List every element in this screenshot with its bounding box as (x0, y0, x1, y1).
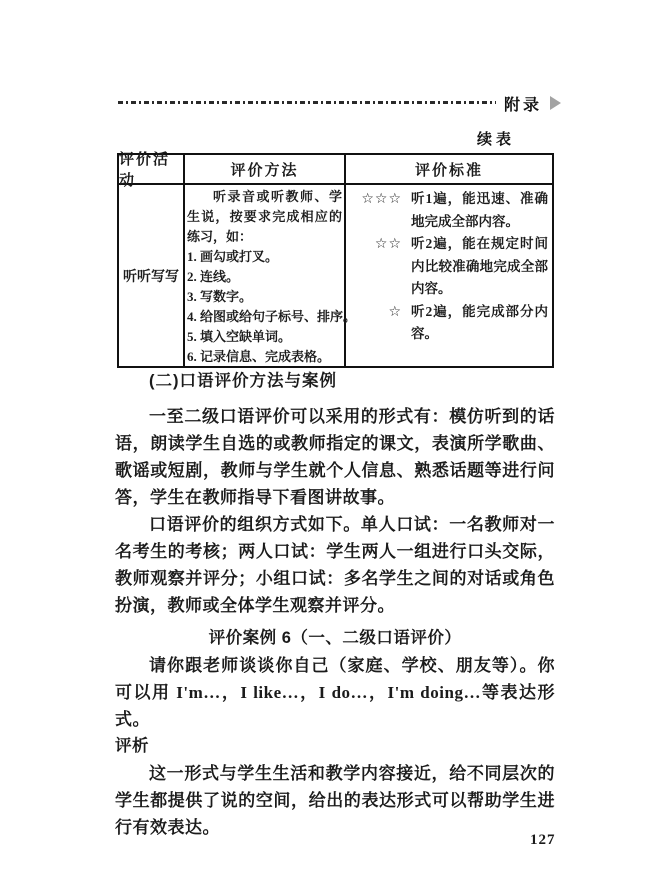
paragraph-oral-organization: 口语评价的组织方式如下。单人口试：一名教师对一名考生的考核；两人口试：学生两人一… (115, 511, 555, 619)
analysis-text: 这一形式与学生生活和教学内容接近，给不同层次的学生都提供了说的空间，给出的表达形… (115, 760, 555, 841)
evaluation-table: 评价活动 评价方法 评价标准 听听写写 听录音或听教师、学生说，按要求完成相应的… (117, 153, 554, 368)
running-head-appendix-label: 附录 (504, 92, 542, 115)
standard-item: ☆☆☆ 听1遍，能迅速、准确地完成全部内容。 (346, 188, 548, 233)
table-row: 听听写写 听录音或听教师、学生说，按要求完成相应的练习，如： 1. 画勾或打叉。… (119, 185, 552, 366)
method-item: 4. 给图或给句子标号、排序。 (187, 307, 342, 327)
scanned-document-page: 附录 续表 评价活动 评价方法 评价标准 听听写写 听录音或听教师、学生说，按要… (0, 0, 668, 891)
column-header-method: 评价方法 (185, 155, 346, 183)
star-rating-icon: ☆☆ (346, 233, 402, 301)
table-header-row: 评价活动 评价方法 评价标准 (119, 155, 552, 185)
activity-cell: 听听写写 (119, 185, 185, 366)
method-item: 1. 画勾或打叉。 (187, 247, 342, 267)
body-text-column: (二)口语评价方法与案例 一至二级口语评价可以采用的形式有：模仿听到的话语，朗读… (115, 368, 555, 841)
case-heading: 评价案例 6（一、二级口语评价） (115, 625, 555, 652)
paragraph-oral-forms: 一至二级口语评价可以采用的形式有：模仿听到的话语，朗读学生自选的或教师指定的课文… (115, 403, 555, 511)
standard-text: 听2遍，能完成部分内容。 (402, 301, 548, 346)
method-item: 3. 写数字。 (187, 287, 342, 307)
standard-text: 听1遍，能迅速、准确地完成全部内容。 (402, 188, 548, 233)
case-text: 请你跟老师谈谈你自己（家庭、学校、朋友等）。你可以用 I'm…，I like…，… (115, 652, 555, 733)
page-number: 127 (530, 832, 556, 849)
star-rating-icon: ☆☆☆ (346, 188, 402, 233)
standard-text: 听2遍，能在规定时间内比较准确地完成全部内容。 (402, 233, 548, 301)
standard-item: ☆☆ 听2遍，能在规定时间内比较准确地完成全部内容。 (346, 233, 548, 301)
standards-cell: ☆☆☆ 听1遍，能迅速、准确地完成全部内容。 ☆☆ 听2遍，能在规定时间内比较准… (346, 185, 552, 366)
method-item: 5. 填入空缺单词。 (187, 327, 342, 347)
continued-table-label: 续表 (477, 128, 515, 149)
right-triangle-icon (550, 96, 561, 110)
method-cell: 听录音或听教师、学生说，按要求完成相应的练习，如： 1. 画勾或打叉。 2. 连… (185, 185, 346, 366)
method-item: 2. 连线。 (187, 267, 342, 287)
analysis-label: 评析 (115, 733, 555, 760)
header-dotted-rule (118, 101, 496, 104)
method-intro: 听录音或听教师、学生说，按要求完成相应的练习，如： (187, 187, 342, 247)
standard-item: ☆ 听2遍，能完成部分内容。 (346, 301, 548, 346)
method-item: 6. 记录信息、完成表格。 (187, 347, 342, 367)
star-rating-icon: ☆ (346, 301, 402, 346)
method-item-list: 1. 画勾或打叉。 2. 连线。 3. 写数字。 4. 给图或给句子标号、排序。… (187, 247, 342, 367)
section-heading: (二)口语评价方法与案例 (115, 368, 555, 395)
column-header-activity: 评价活动 (119, 155, 185, 183)
column-header-standard: 评价标准 (346, 155, 552, 183)
